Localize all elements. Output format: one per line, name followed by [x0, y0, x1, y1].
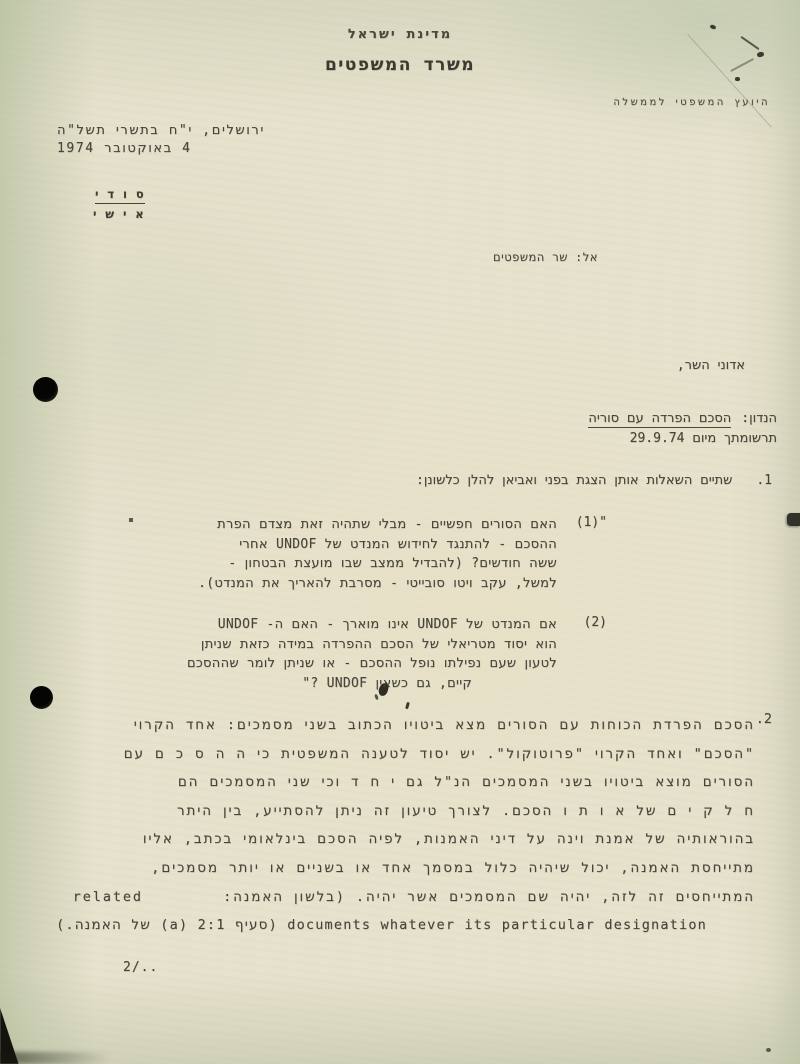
personal-stamp: א י ש י	[93, 207, 145, 221]
marker-2: (2)	[584, 615, 607, 630]
paragraph-2-line: בהוראותיה של אמנת וינה על דיני האמנות, ל…	[55, 825, 755, 854]
classification-stamp: ס ו ד י א י ש י	[93, 187, 145, 221]
paragraph-2-line: מתייחסת האמנה, יכול שיהיה כלול במסמך אחד…	[55, 854, 755, 883]
marker-1: (1)	[576, 515, 599, 530]
dateline-hebrew-date: ירושלים, י"ח בתשרי תשל"ה	[57, 122, 313, 140]
question-2-line: לטעון שעם נפילתו נופל ההסכם - או שניתן ל…	[117, 654, 557, 674]
paragraph-2-line: הסכם הפרדת הכוחות עם הסורים מצא ביטויו ה…	[55, 711, 755, 740]
bottom-right-speck	[766, 1048, 771, 1052]
paragraph-2-line: ח ל ק י ם של א ו ת ו הסכם. לצורך טיעון ז…	[55, 797, 755, 826]
bottom-edge-smudge	[0, 1052, 130, 1064]
question-1-line: ששה חודשים? (להבדיל ממצב שבו מועצת הבטחו…	[117, 554, 557, 574]
paragraph-2-line: הסורים מוצא ביטויו בשני המסמכים הנ"ל גם …	[55, 768, 755, 797]
paragraph-2-text: הסכם הפרדת הכוחות עם הסורים מצא ביטויו ה…	[55, 711, 755, 940]
letterhead-state-of-israel: מדינת ישראל	[348, 27, 452, 42]
ink-blot-tail	[374, 694, 379, 701]
attorney-general-subtitle: היועץ המשפטי לממשלה	[613, 97, 770, 108]
addressee-line: אל: שר המשפטים	[493, 250, 598, 264]
dateline-block: ירושלים, י"ח בתשרי תשל"ה 4 באוקטובר 1974	[57, 122, 313, 157]
pen-scratch	[730, 58, 754, 72]
question-2-text: אם המנדט של UNDOF אינו מוארך - האם ה- UN…	[117, 615, 557, 693]
subject-block: הנדון:הסכם הפרדה עם סוריה תרשומתך מיום 2…	[588, 409, 777, 448]
pen-speck	[757, 51, 765, 57]
subject-label: הנדון:	[741, 411, 777, 426]
right-edge-ink-mark	[787, 513, 800, 526]
secret-stamp: ס ו ד י	[95, 187, 145, 204]
question-2-line: קיים, גם כשאין UNDOF ?"	[117, 674, 557, 694]
paragraph-2-number: 2.	[756, 711, 772, 727]
dateline-civil-date: 4 באוקטובר 1974	[57, 140, 313, 158]
question-1-marker: "(1)	[576, 515, 607, 530]
scanned-letter-page: מדינת ישראל משרד המשפטים היועץ המשפטי למ…	[0, 0, 800, 1064]
hole-punch-top	[33, 377, 58, 402]
paragraph-1-number: 1.	[756, 473, 772, 488]
letterhead-ministry-of-justice: משרד המשפטים	[325, 55, 475, 75]
paragraph-2-line: documents whatever its particular design…	[55, 911, 755, 940]
question-1-text: האם הסורים חפשיים - מבלי שתהיה זאת מצדם …	[117, 515, 557, 593]
pen-speck	[735, 77, 740, 81]
question-2-line: אם המנדט של UNDOF אינו מוארך - האם ה- UN…	[117, 615, 557, 635]
pen-speck	[709, 24, 716, 30]
subject-reference: תרשומתך מיום 29.9.74	[588, 429, 777, 449]
paragraph-1: 1. שתיים השאלות אותן הצגת בפני ואביאן לה…	[416, 473, 772, 488]
salutation: אדוני השר,	[677, 358, 745, 373]
question-2-marker: (2)	[584, 615, 607, 630]
paragraph-2-line: "הסכם" ואחד הקרוי "פרוטוקול". יש יסוד לט…	[55, 740, 755, 769]
subject-title: הסכם הפרדה עם סוריה	[588, 411, 731, 428]
question-1-line: האם הסורים חפשיים - מבלי שתהיה זאת מצדם …	[117, 515, 557, 535]
open-quote: "	[599, 515, 607, 530]
pen-scratch	[740, 36, 759, 50]
question-1-line: למשל, עקב ויטו סובייטי - מסרבת להאריך את…	[117, 574, 557, 594]
paragraph-1-text: שתיים השאלות אותן הצגת בפני ואביאן להלן …	[416, 473, 732, 488]
handwritten-tick	[405, 702, 409, 709]
question-1-line: ההסכם - להתנגד לחידוש המנדט של UNDOF אחר…	[117, 535, 557, 555]
question-2-line: הוא יסוד מטריאלי של הסכם ההפרדה במידה כז…	[117, 635, 557, 655]
paragraph-2-line: המתייחסים זה לזה, יהיה שם המסמכים אשר יה…	[55, 883, 755, 912]
page-continuation-marker: 2/..	[123, 960, 158, 975]
hole-punch-bottom	[30, 686, 53, 709]
